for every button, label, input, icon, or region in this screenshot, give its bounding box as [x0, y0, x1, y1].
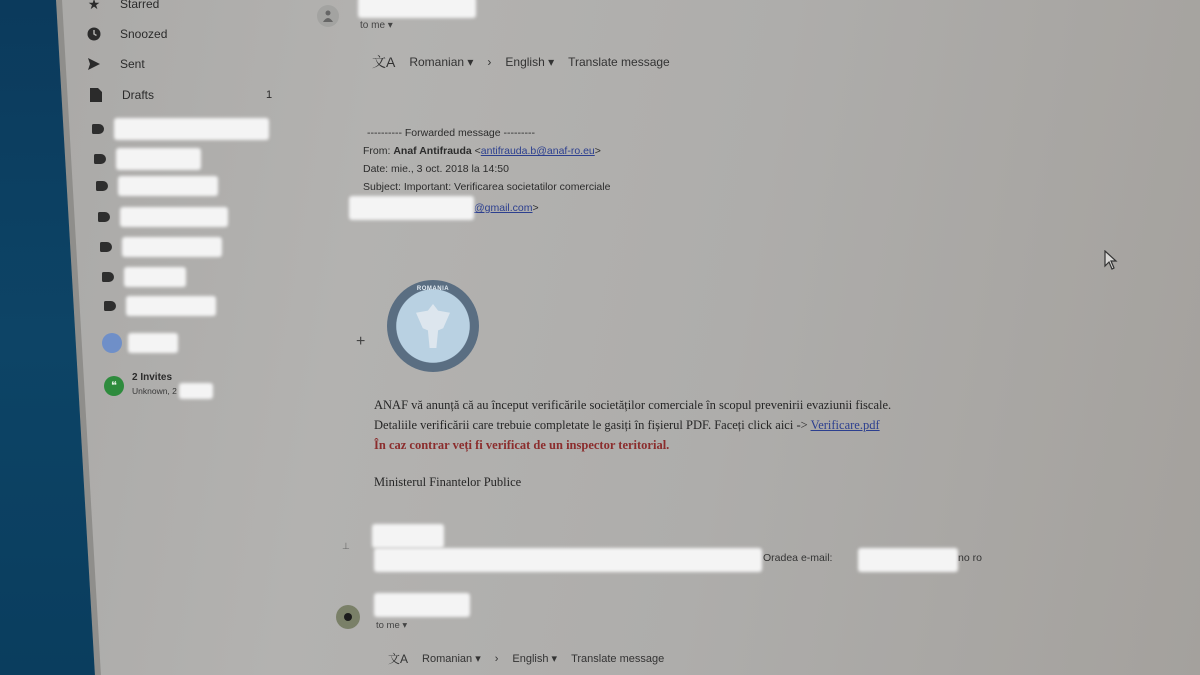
snippet-tail: no ro	[958, 552, 982, 564]
recipient-dropdown[interactable]: to me ▾	[360, 20, 393, 31]
label-icon	[102, 272, 114, 282]
redacted-collapsed-snippet	[374, 548, 762, 572]
sender-avatar[interactable]	[317, 5, 339, 27]
target-language-select[interactable]: English ▾	[512, 652, 557, 665]
sidebar-label[interactable]	[98, 207, 228, 227]
label-icon	[98, 212, 110, 222]
forwarded-header: ---------- Forwarded message --------- F…	[363, 124, 610, 220]
coat-of-arms-icon	[416, 304, 450, 348]
second-sender-avatar[interactable]	[336, 605, 360, 629]
sidebar-label[interactable]	[94, 148, 201, 170]
to-email-link[interactable]: @gmail.com	[474, 199, 533, 217]
source-language-select[interactable]: Romanian ▾	[422, 652, 481, 665]
nav-starred[interactable]: ★ Starred	[86, 0, 159, 12]
label-icon	[94, 154, 106, 164]
translate-bar: 文A Romanian ▾ › English ▾ Translate mess…	[372, 52, 684, 72]
forwarded-divider: ---------- Forwarded message ---------	[363, 124, 610, 142]
send-icon	[86, 56, 102, 72]
arrow-icon: ›	[495, 653, 499, 665]
nav-label: Snoozed	[120, 27, 167, 41]
redacted-label	[114, 118, 269, 140]
subject-line: Subject: Important: Verificarea societat…	[363, 178, 610, 196]
nav-label: Starred	[120, 0, 159, 11]
target-language-select[interactable]: English ▾	[505, 55, 554, 69]
translate-icon: 文A	[388, 650, 408, 667]
redacted-recipient	[349, 196, 474, 220]
redacted-collapsed-sender	[372, 524, 444, 548]
draft-icon	[88, 87, 104, 103]
second-translate-bar: 文A Romanian ▾ › English ▾ Translate mess…	[388, 650, 678, 667]
redacted-label	[116, 148, 201, 170]
clock-icon	[86, 26, 102, 42]
email-body: ANAF vă anunță că au început verificăril…	[374, 395, 891, 455]
to-line: @gmail.com>	[363, 196, 610, 220]
redacted-label	[118, 176, 218, 196]
anaf-logo: ROMANIA	[387, 280, 479, 372]
body-line-1: ANAF vă anunță că au început verificăril…	[374, 395, 891, 415]
invites-title: 2 Invites	[132, 372, 213, 383]
translate-message-button[interactable]: Translate message	[571, 653, 664, 665]
collapsed-avatar-icon[interactable]: ⊥	[342, 541, 350, 552]
redacted-snippet-email	[858, 548, 958, 572]
logo-text: ROMANIA	[417, 286, 449, 292]
from-email-link[interactable]: antifrauda.b@anaf-ro.eu	[481, 145, 595, 157]
redacted-sender	[358, 0, 476, 18]
source-language-select[interactable]: Romanian ▾	[409, 55, 473, 69]
hangouts-icon: ❝	[104, 376, 124, 396]
arrow-icon: ›	[487, 55, 491, 69]
from-name: Anaf Antifrauda	[393, 145, 471, 157]
redacted-label	[124, 267, 186, 287]
warning-line: În caz contrar veți fi verificat de un i…	[374, 435, 891, 455]
invites-sub: Unknown, 2	[132, 386, 177, 396]
nav-sent[interactable]: Sent	[86, 56, 145, 72]
translate-message-button[interactable]: Translate message	[568, 55, 670, 69]
translate-icon: 文A	[372, 52, 395, 72]
sidebar: ★ Starred Snoozed Sent Drafts 1	[80, 0, 310, 675]
redacted-label	[126, 296, 216, 316]
redacted-invite	[179, 383, 213, 399]
email-thread: to me ▾ 文A Romanian ▾ › English ▾ Transl…	[310, 0, 1200, 675]
user-avatar	[102, 333, 122, 353]
signature: Ministerul Finantelor Publice	[374, 475, 521, 490]
sidebar-label[interactable]	[102, 267, 186, 287]
label-icon	[92, 124, 104, 134]
label-icon	[96, 181, 108, 191]
sidebar-label[interactable]	[100, 237, 222, 257]
verificare-pdf-link[interactable]: Verificare.pdf	[811, 418, 880, 432]
nav-snoozed[interactable]: Snoozed	[86, 26, 167, 42]
sidebar-label[interactable]	[96, 176, 218, 196]
sidebar-label[interactable]	[92, 118, 269, 140]
nav-label: Drafts	[122, 88, 154, 102]
from-line: From: Anaf Antifrauda <antifrauda.b@anaf…	[363, 142, 610, 160]
redacted-second-sender	[374, 593, 470, 617]
drafts-count: 1	[266, 89, 272, 101]
collapsed-snippet[interactable]: Oradea e-mail:	[763, 552, 832, 564]
hangouts-user[interactable]	[102, 333, 178, 353]
invites-text: 2 Invites Unknown, 2	[132, 372, 213, 399]
redacted-user-name	[128, 333, 178, 353]
sidebar-label[interactable]	[104, 296, 216, 316]
mouse-cursor-icon	[1104, 250, 1118, 270]
avatar-image	[344, 613, 352, 621]
nav-drafts[interactable]: Drafts 1	[88, 87, 288, 103]
hangouts-invites[interactable]: ❝ 2 Invites Unknown, 2	[104, 372, 213, 399]
body-line-2: Detaliile verificării care trebuie compl…	[374, 415, 891, 435]
star-icon: ★	[86, 0, 102, 12]
date-line: Date: mie., 3 oct. 2018 la 14:50	[363, 160, 610, 178]
redacted-label	[122, 237, 222, 257]
label-icon	[100, 242, 112, 252]
second-recipient-dropdown[interactable]: to me ▾	[376, 620, 407, 631]
redacted-label	[120, 207, 228, 227]
nav-label: Sent	[120, 57, 145, 71]
label-icon	[104, 301, 116, 311]
